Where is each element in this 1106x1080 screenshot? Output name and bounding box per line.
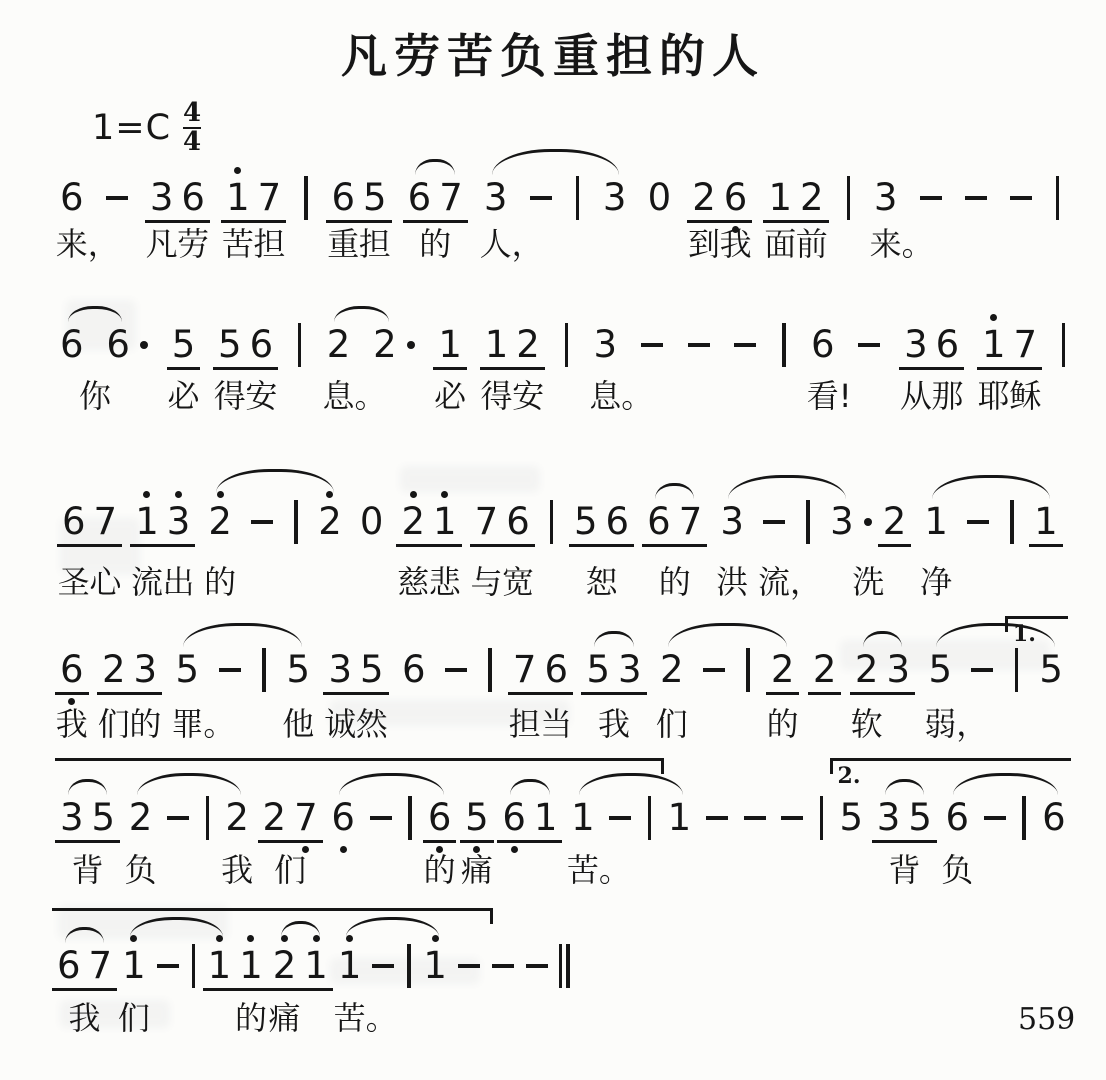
beam-group: 5	[167, 313, 201, 370]
lyric-syllable: 软	[851, 704, 883, 744]
dot-slot	[302, 166, 310, 176]
note-unit: 6	[397, 638, 431, 692]
dot-slot	[446, 313, 454, 323]
note-glyph	[304, 176, 308, 222]
note-group: 1	[418, 934, 452, 988]
dot-slot	[713, 786, 721, 796]
dot-slot	[514, 490, 522, 500]
note-glyph: 1	[534, 796, 558, 840]
lyric-syllable: 那	[931, 376, 963, 416]
note-unit	[291, 313, 309, 369]
note-group	[291, 313, 309, 369]
note-glyph: 7	[1014, 323, 1038, 367]
dash-note	[701, 786, 733, 840]
lyric-syllable: 的	[204, 562, 236, 602]
slur-arc	[728, 475, 846, 499]
note-glyph	[262, 648, 266, 694]
lyric-syllable: 凡	[146, 224, 178, 264]
note-group	[486, 934, 520, 988]
dot-slot	[927, 166, 935, 176]
note-glyph: 5	[928, 648, 952, 692]
note-token: 2	[259, 786, 291, 840]
notes-row: 67132202176566733211	[57, 490, 1063, 547]
note-group	[728, 313, 762, 367]
note-glyph: 1	[1034, 500, 1058, 544]
note-group	[439, 638, 473, 692]
note-unit: 12	[763, 166, 828, 223]
lyric-syllable: 来，	[56, 224, 120, 264]
barline	[776, 313, 792, 369]
dash-note	[960, 166, 992, 220]
lyric-syllable: 背	[72, 850, 104, 890]
note-glyph: 3	[167, 500, 191, 544]
note-unit	[287, 490, 305, 546]
beam-group: 36	[899, 313, 964, 370]
note-unit	[813, 786, 831, 842]
note-group: 2	[203, 490, 237, 544]
note-glyph: 6	[606, 500, 630, 544]
beam-group: 26	[687, 166, 752, 223]
dot-slot	[819, 313, 827, 323]
volta-bracket-line	[1005, 616, 1068, 619]
note-glyph	[1010, 500, 1014, 546]
note-glyph	[192, 944, 196, 990]
note-glyph: 2	[401, 500, 425, 544]
note-token: 2	[397, 490, 429, 544]
note-token: 2	[204, 490, 236, 544]
note-glyph	[457, 944, 481, 988]
note-unit	[452, 934, 486, 988]
octave-dot-above	[143, 490, 151, 500]
note-unit	[775, 313, 793, 369]
note-glyph: 2	[129, 796, 153, 840]
note-glyph	[294, 500, 298, 546]
barline	[482, 638, 498, 694]
beam-group: 12	[480, 313, 545, 370]
lyric-syllable: 弱，	[924, 704, 988, 744]
dot-slot	[563, 313, 571, 323]
note-glyph	[820, 796, 824, 842]
note-group	[402, 313, 421, 367]
note-unit: 3	[588, 313, 622, 367]
beam-group: 12	[763, 166, 828, 223]
note-unit	[558, 313, 576, 369]
dash-note	[915, 166, 947, 220]
dot-slot	[493, 313, 501, 323]
note-glyph: 2	[800, 176, 824, 220]
dot-slot	[865, 313, 873, 323]
note-unit	[486, 934, 520, 988]
lyric-syllable: 得	[481, 376, 513, 416]
note-unit	[297, 166, 315, 222]
dash-note	[729, 313, 761, 367]
note-token: 7	[1010, 313, 1042, 367]
note-glyph	[529, 176, 553, 220]
lyric-syllable: 痛	[269, 998, 301, 1038]
note-glyph: 5	[360, 648, 384, 692]
note-token: 3	[900, 313, 932, 367]
note-group	[682, 313, 716, 367]
slur-arc	[936, 623, 1055, 647]
note-unit	[439, 638, 473, 692]
note-glyph: 6	[647, 500, 671, 544]
beam-group: 76	[508, 638, 573, 695]
beam-group: 11	[203, 934, 268, 991]
volta-bracket-line	[55, 758, 664, 761]
slur-arc	[863, 631, 903, 647]
note-glyph	[762, 500, 786, 544]
dot-slot	[788, 786, 796, 796]
lyric-syllable: 我	[598, 704, 630, 744]
page-number: 559	[1018, 1002, 1075, 1037]
dot-slot	[613, 490, 621, 500]
note-group: 6	[397, 638, 431, 692]
dot-slot	[465, 934, 473, 944]
note-token: 3	[589, 313, 621, 367]
note-glyph: 3	[484, 176, 508, 220]
note-group	[1049, 166, 1067, 222]
slur-arc	[655, 483, 695, 499]
lyric-syllable: 人，	[480, 224, 544, 264]
octave-dot-above	[990, 313, 998, 323]
note-glyph: 6	[181, 176, 205, 220]
dot-slot	[548, 490, 556, 500]
note-group	[852, 313, 886, 367]
lyric-syllable: 们	[656, 704, 688, 744]
dot-slot	[845, 166, 853, 176]
lyric-syllable: 背	[888, 850, 920, 890]
note-token: 1	[131, 490, 163, 544]
note-unit: 5	[460, 786, 494, 843]
note-glyph: 6	[60, 323, 84, 367]
note-glyph: 3	[150, 176, 174, 220]
note-unit: 65	[326, 166, 391, 223]
note-glyph: 1	[226, 176, 250, 220]
note-unit: 13	[130, 490, 195, 547]
note-group	[245, 490, 279, 544]
time-signature: 4 4	[183, 100, 201, 157]
note-group	[185, 934, 203, 990]
slur-arc	[216, 469, 334, 493]
lyric-syllable: 我	[221, 850, 253, 890]
note-glyph	[640, 323, 664, 367]
dot-slot	[368, 490, 376, 500]
beam-group: 6	[55, 638, 89, 695]
note-glyph	[559, 944, 572, 990]
note-group: 0	[643, 166, 677, 220]
note-group: 5	[835, 786, 869, 840]
note-token: 6	[807, 313, 839, 367]
note-glyph: 5	[465, 796, 489, 840]
note-glyph: 3	[874, 176, 898, 220]
note-token: 1	[481, 313, 513, 367]
note-group	[543, 490, 561, 546]
note-unit: 5	[835, 786, 869, 840]
note-glyph: 1	[571, 796, 595, 840]
note-token: 5	[836, 786, 868, 840]
note-glyph	[1062, 323, 1066, 369]
note-unit	[481, 638, 499, 694]
lyric-syllable: 他	[282, 704, 314, 744]
note-group	[151, 934, 185, 988]
beam-group: 17	[977, 313, 1042, 370]
music-system: 671112111我们的痛苦。	[52, 934, 492, 991]
note-glyph: 2	[516, 323, 540, 367]
slur-arc	[339, 773, 444, 795]
rest-note: 0	[644, 166, 676, 220]
lyric-syllable: 我	[56, 704, 88, 744]
note-unit	[959, 166, 993, 220]
note-glyph	[218, 648, 242, 692]
note-glyph: 6	[57, 944, 81, 988]
note-token: 2	[269, 934, 301, 988]
rest-note: 0	[356, 490, 388, 544]
slur-arc	[415, 159, 455, 175]
lyric-syllable: 担	[509, 704, 541, 744]
note-glyph: 3	[720, 500, 744, 544]
lyric-syllable: 慈	[397, 562, 429, 602]
dot-slot	[410, 638, 418, 648]
lyric-syllable: 安	[512, 376, 544, 416]
note-group	[914, 166, 948, 220]
lyric-syllable: 流	[131, 562, 163, 602]
note-unit: 1	[433, 313, 467, 370]
note-unit: 2	[808, 638, 842, 695]
dot-slot	[68, 638, 76, 648]
note-glyph: 6	[250, 323, 274, 367]
note-glyph: 5	[840, 796, 864, 840]
note-glyph: 7	[475, 500, 499, 544]
dot-slot	[655, 166, 663, 176]
note-glyph	[491, 944, 515, 988]
beam-group: 56	[213, 313, 278, 370]
note-token: 2	[796, 166, 828, 220]
lyric-syllable: 洗	[852, 562, 884, 602]
volta-bracket-hook	[661, 758, 664, 774]
octave-dot-above	[247, 934, 255, 944]
note-unit: 27	[258, 786, 323, 843]
dot-slot	[751, 786, 759, 796]
beam-group: 67	[57, 490, 122, 547]
note-glyph: 3	[830, 500, 854, 544]
note-glyph	[166, 796, 190, 840]
note-glyph	[525, 944, 549, 988]
dot-slot	[1054, 166, 1062, 176]
note-glyph: 6	[60, 176, 84, 220]
note-token: 5	[214, 313, 246, 367]
dot-slot	[482, 490, 490, 500]
barline	[814, 786, 830, 842]
slur-arc	[932, 475, 1050, 499]
note-token: 5	[168, 313, 200, 367]
note-glyph: 6	[724, 176, 748, 220]
note-group	[775, 313, 793, 369]
note-unit	[682, 313, 716, 367]
lyric-syllable: 稣	[1009, 376, 1041, 416]
lyric-syllable: 看!	[807, 376, 852, 416]
note-unit	[635, 313, 669, 367]
lyric-syllable: 得	[214, 376, 246, 416]
lyric-syllable: 们	[274, 850, 306, 890]
dot-slot	[270, 786, 278, 796]
note-unit	[151, 934, 185, 988]
lyric-syllable: 你	[79, 376, 111, 416]
note-glyph: 2	[660, 648, 684, 692]
note-unit	[1004, 166, 1038, 220]
note-token: 1	[764, 166, 796, 220]
lyric-syllable: 负	[125, 850, 157, 890]
note-glyph: 6	[402, 648, 426, 692]
lyric-syllable: 净	[920, 562, 952, 602]
dot-slot	[486, 638, 494, 648]
note-glyph: 6	[946, 796, 970, 840]
dot-slot	[296, 313, 304, 323]
note-glyph	[444, 648, 468, 692]
note-glyph: 5	[172, 323, 196, 367]
barline	[841, 166, 857, 222]
note-glyph: 6	[1042, 796, 1066, 840]
note-glyph: 2	[263, 796, 287, 840]
note-glyph	[864, 500, 873, 544]
dot-slot	[113, 166, 121, 176]
lyric-syllable: 重	[327, 224, 359, 264]
barline	[401, 934, 417, 990]
dot-slot	[780, 313, 788, 323]
note-unit: 21	[396, 490, 461, 547]
note-unit	[1055, 313, 1073, 369]
dot-slot	[339, 166, 347, 176]
slur-arc	[68, 779, 108, 795]
note-glyph: 2	[318, 500, 342, 544]
dash-note	[636, 313, 668, 367]
note-unit: 76	[508, 638, 573, 695]
slur-arc	[953, 773, 1058, 795]
note-unit: 6	[806, 313, 840, 367]
lyric-syllable: 当	[540, 704, 572, 744]
note-unit: 1	[333, 934, 367, 988]
dot-slot	[141, 638, 149, 648]
barline	[544, 490, 560, 546]
note-unit: 0	[355, 490, 389, 544]
dot-slot	[110, 638, 118, 648]
note-unit: 21	[268, 934, 333, 991]
lyric-syllable: 面	[764, 224, 796, 264]
note-glyph	[780, 796, 804, 840]
slur-arc	[579, 773, 684, 795]
dash-note	[453, 934, 485, 988]
note-unit: 1	[418, 934, 452, 988]
note-glyph	[705, 796, 729, 840]
note-group	[452, 934, 486, 988]
dash-note	[739, 786, 771, 840]
note-glyph: 1	[208, 944, 232, 988]
note-token: 6	[58, 490, 90, 544]
note-glyph	[407, 944, 411, 990]
note-glyph	[702, 648, 726, 692]
note-glyph	[1022, 796, 1026, 842]
lyric-syllable: 流，	[758, 562, 822, 602]
note-group: 2	[313, 490, 347, 544]
barline	[559, 313, 575, 369]
lyric-syllable: 的	[419, 224, 451, 264]
dot-slot	[1060, 313, 1068, 323]
note-unit: 3	[869, 166, 903, 220]
note-unit: 35	[323, 638, 388, 695]
slur-arc	[885, 779, 925, 795]
dash-note	[367, 934, 399, 988]
dot-slot	[521, 638, 529, 648]
note-token: 6	[932, 313, 964, 367]
note-token: 1	[118, 934, 150, 988]
note-glyph: 2	[102, 648, 126, 692]
lyric-syllable: 恕	[586, 562, 618, 602]
note-glyph: 3	[618, 648, 642, 692]
dot-slot	[582, 490, 590, 500]
scan-bleed-mark	[400, 466, 540, 492]
beam-group: 13	[130, 490, 195, 547]
dot-slot	[101, 490, 109, 500]
note-glyph	[156, 944, 180, 988]
lyric-syllable: 与	[470, 562, 502, 602]
dot-slot	[302, 786, 310, 796]
lyrics-row: 我们的罪。他诚然担当我们的软弱，	[55, 704, 1068, 748]
lyric-syllable: 的	[767, 704, 799, 744]
beam-group: 36	[145, 166, 210, 223]
note-glyph: 3	[593, 323, 617, 367]
note-group	[700, 786, 734, 840]
dot-slot	[265, 166, 273, 176]
volta-bracket-hook	[1005, 616, 1008, 632]
dot-slot	[68, 166, 76, 176]
note-glyph	[250, 500, 274, 544]
lyric-syllable: 来。	[870, 224, 934, 264]
note-glyph	[371, 944, 395, 988]
note-token: 2	[512, 313, 544, 367]
dot-slot	[972, 166, 980, 176]
note-token: 1	[300, 934, 332, 988]
note-glyph	[550, 500, 554, 546]
music-system: 6235535676532222355我们的罪。他诚然担当我们的软弱，1.	[55, 638, 1068, 695]
beam-group: 2	[808, 638, 842, 695]
note-unit: 26	[687, 166, 752, 223]
lyric-syllable: 苦。	[567, 850, 631, 890]
note-glyph: 6	[331, 176, 355, 220]
dash-note	[101, 166, 133, 220]
lyric-syllable: 罪。	[171, 704, 235, 744]
note-glyph	[687, 323, 711, 367]
meter-denominator: 4	[183, 127, 201, 156]
lyrics-row: 我们的痛苦。	[52, 998, 492, 1042]
volta-number-label: 2.	[838, 763, 861, 789]
beam-group: 65	[326, 166, 391, 223]
duration-dot	[403, 313, 420, 367]
note-glyph: 6	[506, 500, 530, 544]
note-glyph: 7	[89, 944, 113, 988]
dot-slot	[524, 313, 532, 323]
note-unit	[914, 166, 948, 220]
note-group	[287, 490, 305, 546]
note-glyph: 2	[208, 500, 232, 544]
lyric-syllable: 痛	[461, 850, 493, 890]
note-unit: 6	[55, 166, 89, 220]
music-system: 63617656733026123来，凡劳苦担重担的人，到我面前来。	[55, 166, 1067, 223]
note-group	[1055, 313, 1073, 369]
barline	[186, 934, 202, 990]
note-unit	[100, 166, 134, 220]
duration-dot	[136, 313, 153, 367]
note-token: 7	[509, 638, 541, 692]
note-group	[738, 786, 772, 840]
